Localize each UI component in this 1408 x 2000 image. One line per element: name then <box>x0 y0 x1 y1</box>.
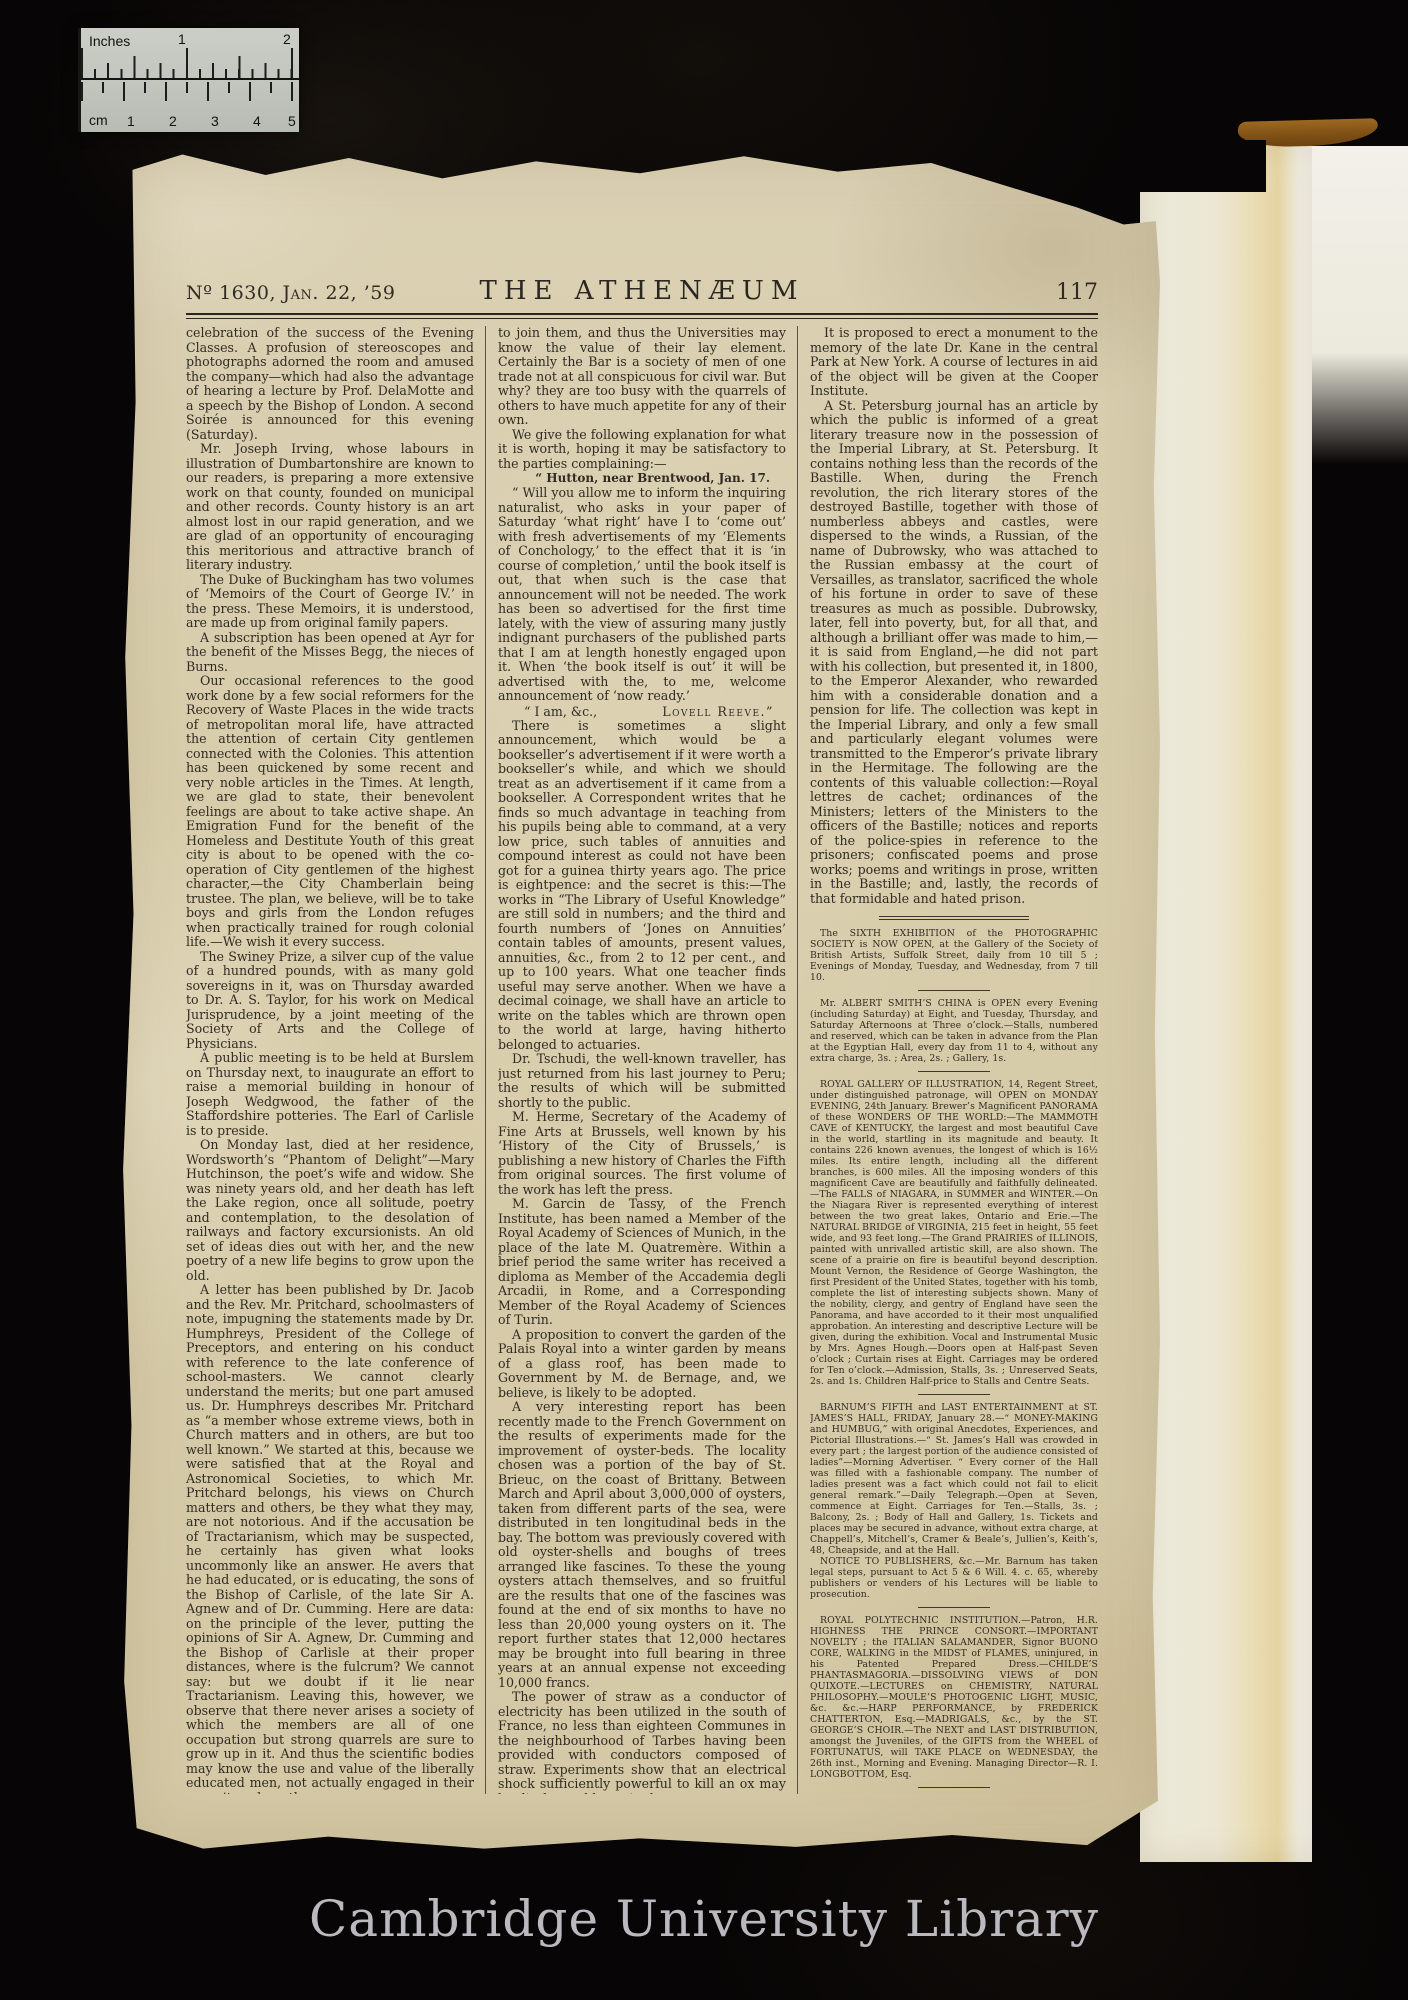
newspaper-page: Nº 1630, Jan. 22, ’59 THE ATHENÆUM 117 c… <box>120 146 1160 1852</box>
advertisement: ROYAL POLYTECHNIC INSTITUTION.—Patron, H… <box>810 1615 1098 1780</box>
measurement-ruler: Inches 1 2 cm 1 2 3 4 5 <box>78 28 299 132</box>
article-paragraph: A letter has been published by Dr. Jacob… <box>186 1283 474 1794</box>
article-paragraph: Our occasional references to the good wo… <box>186 674 474 950</box>
section-divider <box>879 916 1029 920</box>
letter-body: “ Will you allow me to inform the inquir… <box>498 486 786 704</box>
advertisement: NOTICE TO PUBLISHERS, &c.—Mr. Barnum has… <box>810 1556 1098 1600</box>
article-paragraph: There is sometimes a slight announcement… <box>498 719 786 1053</box>
article-paragraph: The Swiney Prize, a silver cup of the va… <box>186 950 474 1052</box>
column-divider-rule <box>485 326 486 1794</box>
article-paragraph: A subscription has been opened at Ayr fo… <box>186 631 474 675</box>
ruler-inches-label: Inches <box>89 33 130 49</box>
column-1: celebration of the success of the Evenin… <box>186 326 474 1794</box>
article-paragraph: Dr. Tschudi, the well-known traveller, h… <box>498 1052 786 1110</box>
ruler-tick-marks <box>81 48 299 78</box>
ad-divider <box>918 1394 990 1395</box>
masthead-rule <box>186 313 1098 319</box>
issue-number: Nº 1630, Jan. 22, ’59 <box>186 282 436 304</box>
article-paragraph: A St. Petersburg journal has an article … <box>810 399 1098 907</box>
letter-signature: “ I am, &c., Lovell Reeve.” <box>498 704 786 719</box>
photographed-newspaper-scene: Inches 1 2 cm 1 2 3 4 5 Nº 1630, Jan. 22… <box>0 0 1408 2000</box>
article-paragraph: The power of straw as a conductor of ele… <box>498 1690 786 1794</box>
article-paragraph: M. Herme, Secretary of the Academy of Fi… <box>498 1110 786 1197</box>
article-paragraph: celebration of the success of the Evenin… <box>186 326 474 442</box>
column-3: It is proposed to erect a monument to th… <box>810 326 1098 1794</box>
column-2: to join them, and thus the Universities … <box>498 326 786 1794</box>
ad-divider <box>918 1071 990 1072</box>
article-paragraph: A proposition to convert the garden of t… <box>498 1328 786 1401</box>
library-watermark: Cambridge University Library <box>0 1890 1408 1948</box>
ruler-cm-scale: cm 1 2 3 4 5 <box>81 82 299 132</box>
ruler-inches-scale: Inches 1 2 <box>81 28 299 78</box>
ruler-cm-number: 3 <box>211 113 219 129</box>
advertisement: Mr. ALBERT SMITH’S CHINA is OPEN every E… <box>810 998 1098 1064</box>
ruler-inch-number: 2 <box>283 31 291 47</box>
ruler-inch-number: 1 <box>178 31 186 47</box>
text-columns: celebration of the success of the Evenin… <box>186 326 1098 1794</box>
advertisement: ROYAL GALLERY OF ILLUSTRATION, 14, Regen… <box>810 1079 1098 1387</box>
ruler-cm-number: 1 <box>127 113 135 129</box>
advertisement: The SIXTH EXHIBITION of the PHOTOGRAPHIC… <box>810 928 1098 983</box>
newspaper-title: THE ATHENÆUM <box>436 276 848 306</box>
article-paragraph: On Monday last, died at her residence, W… <box>186 1138 474 1283</box>
ruler-cm-number: 2 <box>169 113 177 129</box>
ruler-center-line <box>81 78 299 80</box>
ad-divider <box>918 990 990 991</box>
article-paragraph: A public meeting is to be held at Bursle… <box>186 1051 474 1138</box>
ruler-cm-label: cm <box>89 112 108 128</box>
article-paragraph: to join them, and thus the Universities … <box>498 326 786 428</box>
ruler-cm-number: 4 <box>253 113 261 129</box>
letter-dateline: “ Hutton, near Brentwood, Jan. 17. <box>498 471 786 486</box>
album-page-edge <box>1140 140 1312 1862</box>
article-paragraph: It is proposed to erect a monument to th… <box>810 326 1098 399</box>
newspaper-content: Nº 1630, Jan. 22, ’59 THE ATHENÆUM 117 c… <box>186 276 1098 1794</box>
page-number: 117 <box>848 280 1098 305</box>
article-paragraph: M. Garcin de Tassy, of the French Instit… <box>498 1197 786 1328</box>
velvet-backdrop-overlap <box>1140 140 1266 192</box>
article-paragraph: Mr. Joseph Irving, whose labours in illu… <box>186 442 474 573</box>
masthead: Nº 1630, Jan. 22, ’59 THE ATHENÆUM 117 <box>186 276 1098 306</box>
ad-divider <box>918 1787 990 1788</box>
article-paragraph: A very interesting report has been recen… <box>498 1400 786 1690</box>
album-page-corner <box>1312 146 1408 464</box>
ruler-cm-number: 5 <box>288 113 296 129</box>
signature-closing: “ I am, &c., <box>524 704 597 719</box>
column-divider-rule <box>797 326 798 1794</box>
article-paragraph: The Duke of Buckingham has two volumes o… <box>186 573 474 631</box>
article-paragraph: We give the following explanation for wh… <box>498 428 786 472</box>
advertisement: BARNUM’S FIFTH and LAST ENTERTAINMENT at… <box>810 1402 1098 1556</box>
ad-divider <box>918 1607 990 1608</box>
ruler-tick-marks <box>81 82 299 101</box>
signature-name: Lovell Reeve.” <box>662 704 774 719</box>
